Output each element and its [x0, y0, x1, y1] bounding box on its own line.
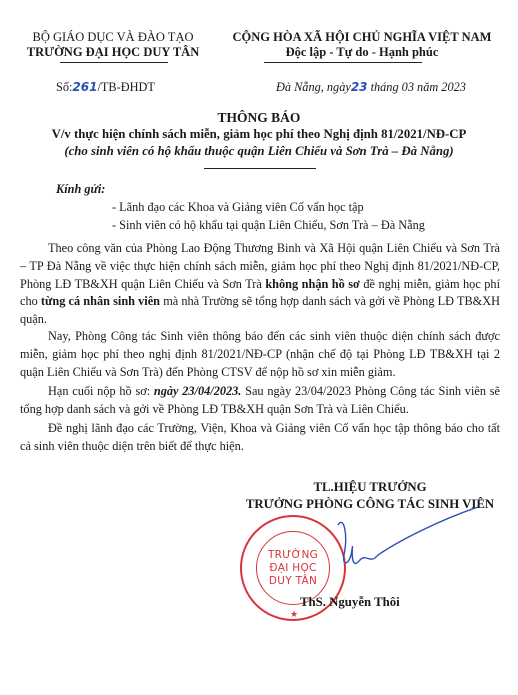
seal-center: TRƯỜNG ĐẠI HỌC DUY TÂN: [256, 531, 330, 605]
title-divider: [204, 168, 316, 169]
paragraph-3: Hạn cuối nộp hồ sơ: ngày 23/04/2023. Sau…: [20, 383, 500, 419]
national-motto: Độc lập - Tự do - Hạnh phúc: [212, 45, 512, 60]
date-suffix: tháng 03 năm 2023: [368, 80, 466, 94]
recipient-item: - Sinh viên có hộ khẩu tại quận Liên Chi…: [112, 216, 425, 234]
recipients-list: - Lãnh đạo các Khoa và Giảng viên Cố vấn…: [112, 198, 425, 234]
university-name: TRƯỜNG ĐẠI HỌC DUY TÂN: [18, 45, 208, 60]
signature-authority: TL.HIỆU TRƯỞNG: [230, 480, 510, 495]
signatory-name: ThS. Nguyễn Thôi: [300, 595, 400, 610]
seal-line-1: TRƯỜNG: [268, 549, 318, 562]
issuer-underline: [60, 62, 168, 63]
recipient-item: - Lãnh đạo các Khoa và Giảng viên Cố vấn…: [112, 198, 425, 216]
issuer-block: BỘ GIÁO DỤC VÀ ĐÀO TẠO TRƯỜNG ĐẠI HỌC DU…: [18, 30, 208, 60]
p1-emphasis-1: không nhận hồ sơ: [265, 277, 360, 291]
seal-line-3: DUY TÂN: [269, 575, 317, 588]
motto-underline: [264, 62, 422, 63]
ministry-name: BỘ GIÁO DỤC VÀ ĐÀO TẠO: [18, 30, 208, 45]
document-subject: V/v thực hiện chính sách miễn, giảm học …: [0, 127, 518, 142]
handwritten-day: 23: [351, 80, 368, 94]
p3-text-a: Hạn cuối nộp hồ sơ:: [48, 384, 154, 398]
handwritten-number: 261: [72, 80, 97, 94]
seal-star-icon: ★: [290, 609, 298, 620]
p1-emphasis-2: từng cá nhân sinh viên: [41, 294, 160, 308]
number-suffix: /TB-ĐHDT: [97, 80, 154, 94]
paragraph-1: Theo công văn của Phòng Lao Động Thương …: [20, 240, 500, 329]
document-number: Số:261/TB-ĐHDT: [56, 80, 155, 95]
date-prefix: Đà Nẵng, ngày: [276, 80, 351, 94]
paragraph-4: Đề nghị lãnh đạo các Trường, Viện, Khoa …: [20, 420, 500, 456]
number-prefix: Số:: [56, 80, 72, 94]
recipients-label: Kính gửi:: [56, 182, 105, 197]
document-scope: (cho sinh viên có hộ khẩu thuộc quận Liê…: [0, 144, 518, 159]
deadline-date: ngày 23/04/2023.: [154, 384, 241, 398]
handwritten-signature: [330, 505, 480, 580]
seal-line-2: ĐẠI HỌC: [269, 562, 316, 575]
paragraph-2: Nay, Phòng Công tác Sinh viên thông báo …: [20, 328, 500, 381]
national-header: CỘNG HÒA XÃ HỘI CHỦ NGHĨA VIỆT NAM Độc l…: [212, 30, 512, 60]
country-name: CỘNG HÒA XÃ HỘI CHỦ NGHĨA VIỆT NAM: [212, 30, 512, 45]
document-title: THÔNG BÁO: [0, 110, 518, 126]
document-date: Đà Nẵng, ngày23 tháng 03 năm 2023: [276, 80, 466, 95]
